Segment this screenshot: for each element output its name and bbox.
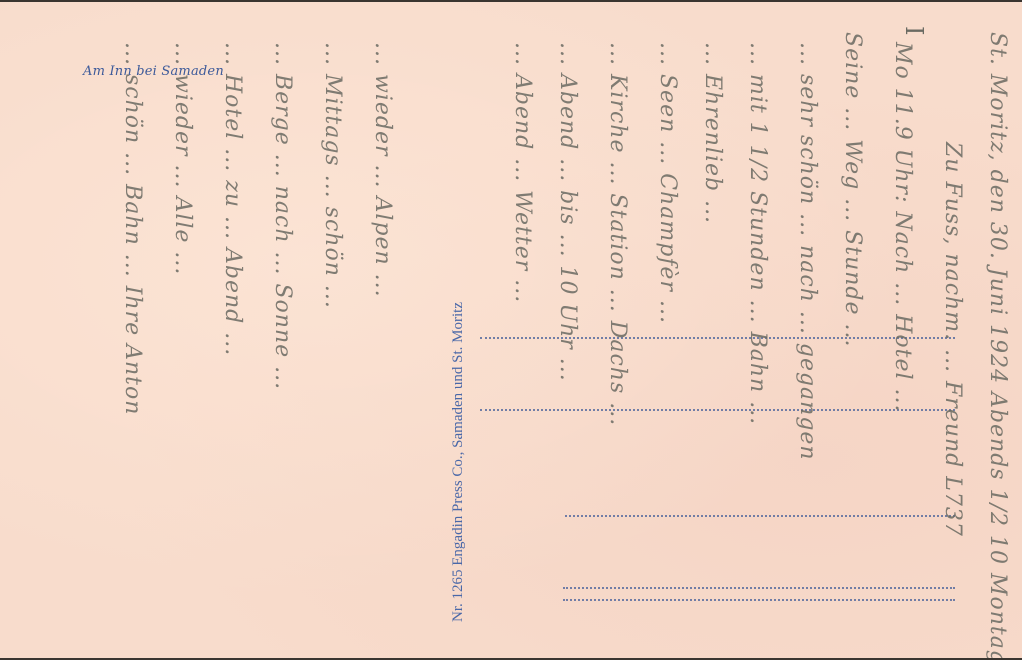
handwritten-line: Seine ... Weg ... Stunde ...: [840, 32, 865, 348]
postcard-caption: Am Inn bei Samaden: [83, 64, 224, 79]
handwritten-line: ... Hotel ... zu ... Abend ...: [220, 42, 245, 356]
address-line-3: [565, 515, 955, 517]
postcard-back: Am Inn bei Samaden Nr. 1265 Engadin Pres…: [0, 2, 1022, 658]
handwritten-line: ... wieder ... Alpen ...: [370, 42, 395, 298]
handwritten-line: ... sehr schön ... nach ... gegangen: [795, 42, 820, 461]
handwritten-line: Mo 11.9 Uhr: Nach ... Hotel ...: [890, 42, 915, 413]
address-line-4: [563, 587, 955, 589]
address-line-5: [563, 599, 955, 601]
publisher-imprint: Nr. 1265 Engadin Press Co., Samaden und …: [450, 302, 467, 622]
handwritten-line: ... schön ... Bahn ... Ihre Anton: [120, 42, 145, 415]
handwritten-line: ... Mittags ... schön ...: [320, 42, 345, 309]
handwritten-line: ... Kirche ... Station ... Dachs ...: [605, 42, 630, 426]
handwritten-line: ... Ehrenlieb ...: [700, 42, 725, 224]
page-numeral: I: [900, 26, 928, 35]
handwritten-line: ... Seen ... Champfèr ...: [655, 42, 680, 324]
handwritten-line: ... mit 1 1/2 Stunden ... Bahn ...: [745, 42, 770, 425]
handwritten-line: ... Abend ... bis ... 10 Uhr ...: [555, 42, 580, 382]
handwritten-line: St. Moritz, den 30. Juni 1924 Abends 1/2…: [985, 32, 1010, 658]
handwritten-line: ... wieder ... Alle ...: [170, 42, 195, 275]
handwritten-line: ... Berge ... nach ... Sonne ...: [270, 42, 295, 390]
address-line-1: [480, 337, 955, 339]
address-line-2: [480, 409, 955, 411]
handwritten-line: Zu Fuss, nachm. ... Freund L737: [940, 142, 965, 537]
handwritten-line: ... Abend ... Wetter ...: [510, 42, 535, 303]
